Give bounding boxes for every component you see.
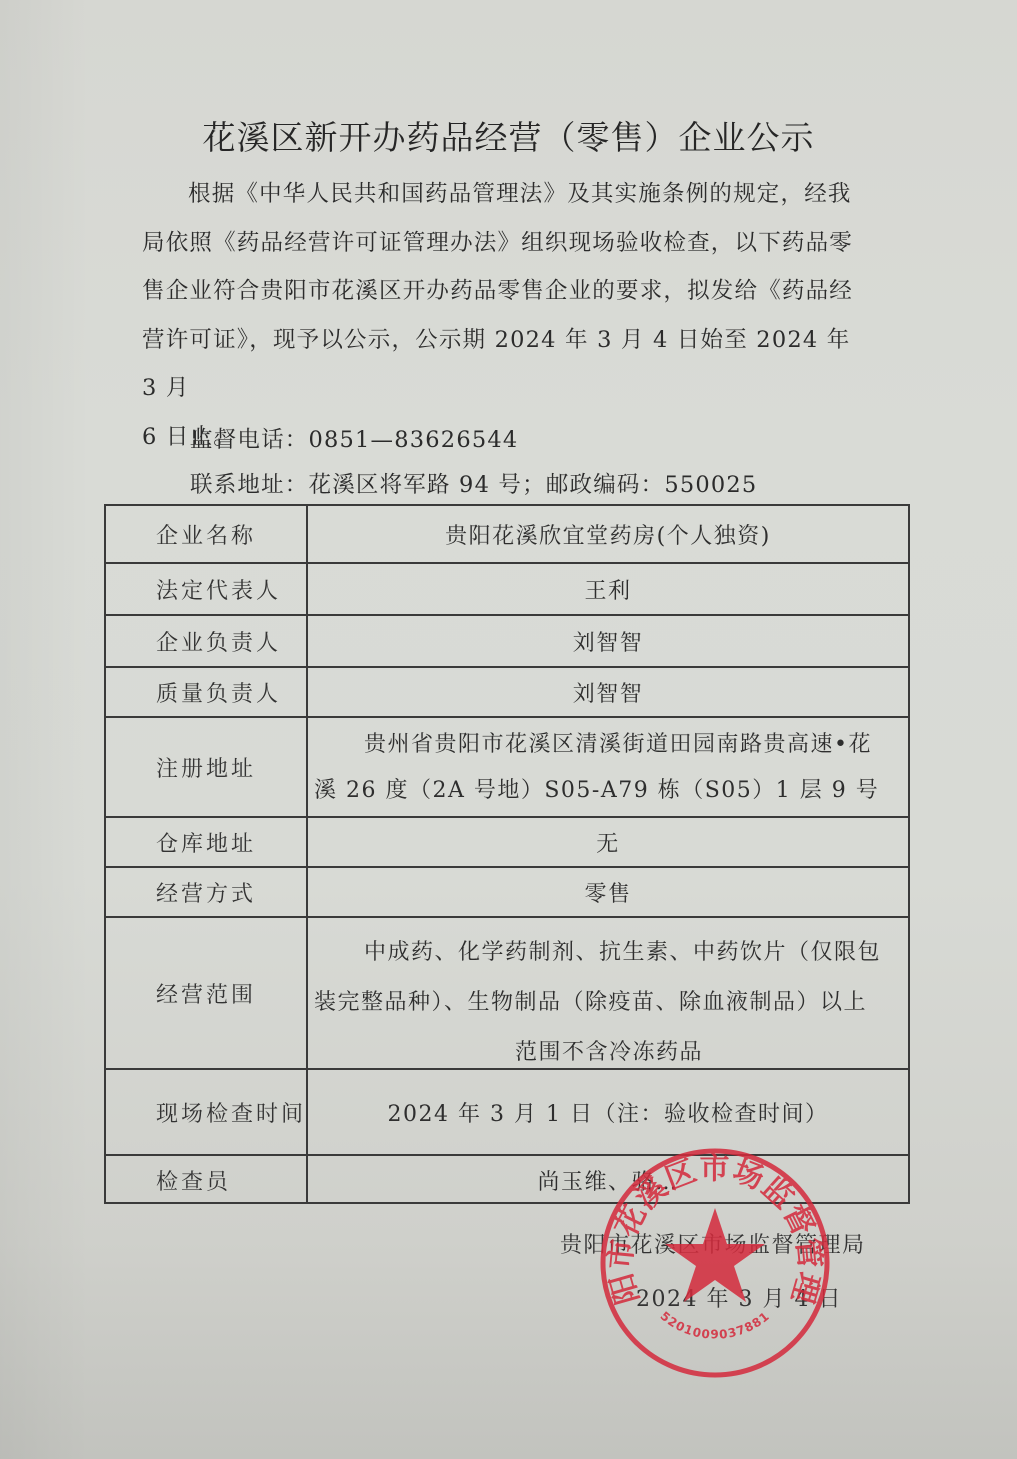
row-value: 零售 <box>308 868 908 916</box>
row-value: 刘智智 <box>308 616 908 666</box>
row-value: 中成药、化学药制剂、抗生素、中药饮片（仅限包 装完整品种）、生物制品（除疫苗、除… <box>308 918 908 1068</box>
table-row-warehouse-address: 仓库地址 无 <box>106 816 908 866</box>
row-value: 2024 年 3 月 1 日（注：验收检查时间） <box>308 1070 908 1154</box>
row-label: 质量负责人 <box>106 668 308 716</box>
intro-line-3: 售企业符合贵阳市花溪区开办药品零售企业的要求，拟发给《药品经 <box>142 267 862 316</box>
svg-text:5201009037881: 5201009037881 <box>658 1309 773 1342</box>
table-row-business-mode: 经营方式 零售 <box>106 866 908 916</box>
row-value: 贵阳花溪欣宜堂药房(个人独资) <box>308 506 908 562</box>
row-label: 企业名称 <box>106 506 308 562</box>
address-line-2: 溪 26 度（2A 号地）S05-A79 栋（S05）1 层 9 号 <box>314 768 904 814</box>
address-line-1: 贵州省贵阳市花溪区清溪街道田园南路贵高速•花 <box>314 722 904 768</box>
supervision-phone: 监督电话：0851—83626544 <box>190 422 518 454</box>
intro-line-4: 营许可证》，现予以公示，公示期 2024 年 3 月 4 日始至 2024 年 … <box>142 316 862 413</box>
table-row-enterprise-head: 企业负责人 刘智智 <box>106 614 908 666</box>
table-row-legal-representative: 法定代表人 王利 <box>106 562 908 614</box>
scope-line-1: 中成药、化学药制剂、抗生素、中药饮片（仅限包 <box>314 928 904 978</box>
row-label: 经营方式 <box>106 868 308 916</box>
intro-line-1: 根据《中华人民共和国药品管理法》及其实施条例的规定，经我 <box>142 170 862 219</box>
table-row-quality-head: 质量负责人 刘智智 <box>106 666 908 716</box>
intro-line-2: 局依照《药品经营许可证管理办法》组织现场验收检查，以下药品零 <box>142 219 862 268</box>
stamp-code: 5201009037881 <box>658 1309 773 1342</box>
enterprise-info-table: 企业名称 贵阳花溪欣宜堂药房(个人独资) 法定代表人 王利 企业负责人 刘智智 … <box>104 504 910 1204</box>
row-value: 尚玉维、骆… <box>308 1156 908 1204</box>
row-label: 现场检查时间 <box>106 1070 308 1154</box>
row-value: 无 <box>308 818 908 866</box>
scope-line-2: 装完整品种）、生物制品（除疫苗、除血液制品）以上 <box>314 978 904 1028</box>
photo-shadow <box>0 0 90 1459</box>
table-row-enterprise-name: 企业名称 贵阳花溪欣宜堂药房(个人独资) <box>106 506 908 562</box>
row-value: 刘智智 <box>308 668 908 716</box>
row-value: 贵州省贵阳市花溪区清溪街道田园南路贵高速•花 溪 26 度（2A 号地）S05-… <box>308 718 908 816</box>
row-label: 企业负责人 <box>106 616 308 666</box>
issue-date: 2024 年 3 月 4 日 <box>636 1282 842 1313</box>
row-value: 王利 <box>308 564 908 614</box>
row-label: 仓库地址 <box>106 818 308 866</box>
contact-address: 联系地址：花溪区将军路 94 号；邮政编码：550025 <box>190 467 757 499</box>
table-row-inspection-time: 现场检查时间 2024 年 3 月 1 日（注：验收检查时间） <box>106 1068 908 1154</box>
table-row-business-scope: 经营范围 中成药、化学药制剂、抗生素、中药饮片（仅限包 装完整品种）、生物制品（… <box>106 916 908 1068</box>
intro-paragraph: 根据《中华人民共和国药品管理法》及其实施条例的规定，经我 局依照《药品经营许可证… <box>142 170 862 461</box>
row-label: 法定代表人 <box>106 564 308 614</box>
notice-page: 花溪区新开办药品经营（零售）企业公示 根据《中华人民共和国药品管理法》及其实施条… <box>0 0 1017 1459</box>
table-row-inspectors: 检查员 尚玉维、骆… <box>106 1154 908 1204</box>
row-label: 经营范围 <box>106 918 308 1068</box>
row-label: 检查员 <box>106 1156 308 1204</box>
row-label: 注册地址 <box>106 718 308 816</box>
issuing-authority: 贵阳市花溪区市场监督管理局 <box>560 1228 866 1259</box>
table-row-registered-address: 注册地址 贵州省贵阳市花溪区清溪街道田园南路贵高速•花 溪 26 度（2A 号地… <box>106 716 908 816</box>
document-title: 花溪区新开办药品经营（零售）企业公示 <box>0 112 1017 159</box>
